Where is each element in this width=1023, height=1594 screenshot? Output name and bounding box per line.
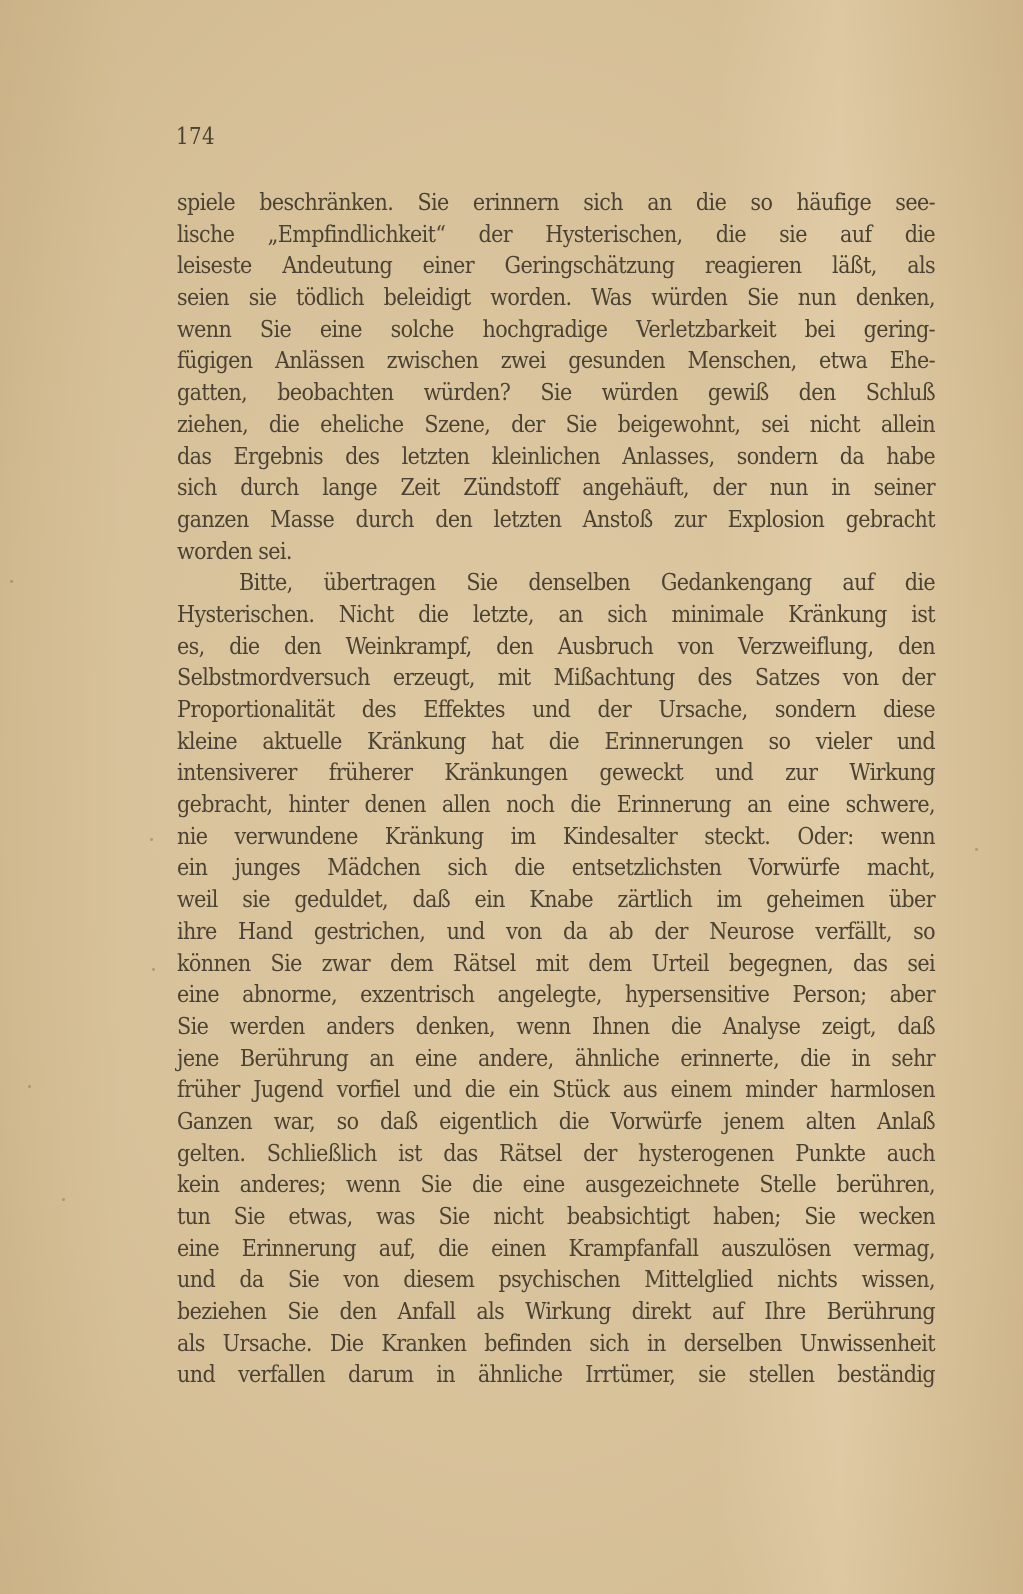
text-line: ihre Hand gestrichen, und von da ab der … — [177, 917, 935, 949]
paper-speck — [62, 1198, 65, 1201]
text-line: tun Sie etwas, was Sie nicht beabsichtig… — [177, 1202, 935, 1234]
text-line: kleine aktuelle Kränkung hat die Erinner… — [177, 727, 935, 759]
text-line: ein junges Mädchen sich die entsetzlichs… — [177, 853, 935, 885]
text-line: Hysterischen. Nicht die letzte, an sich … — [177, 600, 935, 632]
text-line: eine abnorme, exzentrisch angelegte, hyp… — [177, 980, 935, 1012]
text-line: weil sie geduldet, daß ein Knabe zärtlic… — [177, 885, 935, 917]
text-line: das Ergebnis des letzten kleinlichen Anl… — [177, 442, 935, 474]
text-line: als Ursache. Die Kranken befinden sich i… — [177, 1329, 935, 1361]
text-line: können Sie zwar dem Rätsel mit dem Urtei… — [177, 949, 935, 981]
text-line: kein anderes; wenn Sie die eine ausgezei… — [177, 1170, 935, 1202]
text-line: gelten. Schließlich ist das Rätsel der h… — [177, 1139, 935, 1171]
paper-speck — [28, 1085, 31, 1088]
text-line: sich durch lange Zeit Zündstoff angehäuf… — [177, 473, 935, 505]
paper-speck — [150, 838, 153, 841]
text-line: seien sie tödlich beleidigt worden. Was … — [177, 283, 935, 315]
book-page: 174 spiele beschränken. Sie erinnern sic… — [0, 0, 1023, 1594]
text-line: jene Berührung an eine andere, ähnliche … — [177, 1044, 935, 1076]
paragraph-end-line: worden sei. — [177, 537, 935, 569]
text-line: beziehen Sie den Anfall als Wirkung dire… — [177, 1297, 935, 1329]
text-line: wenn Sie eine solche hochgradige Verletz… — [177, 315, 935, 347]
text-line: Proportionalität des Effektes und der Ur… — [177, 695, 935, 727]
text-line: lische „Empfindlichkeit“ der Hysterische… — [177, 220, 935, 252]
paper-speck — [975, 848, 978, 851]
text-line: Sie werden anders denken, wenn Ihnen die… — [177, 1012, 935, 1044]
text-line: gebracht, hinter denen allen noch die Er… — [177, 790, 935, 822]
text-line: früher Jugend vorfiel und die ein Stück … — [177, 1075, 935, 1107]
page-number: 174 — [176, 124, 215, 150]
text-line: leiseste Andeutung einer Geringschätzung… — [177, 251, 935, 283]
paper-speck — [10, 580, 13, 583]
text-line: und verfallen darum in ähnliche Irrtümer… — [177, 1360, 935, 1392]
text-line: gatten, beobachten würden? Sie würden ge… — [177, 378, 935, 410]
text-line: intensiverer früherer Kränkungen geweckt… — [177, 758, 935, 790]
text-line: es, die den Weinkrampf, den Ausbruch von… — [177, 632, 935, 664]
body-text: spiele beschränken. Sie erinnern sich an… — [177, 188, 935, 1392]
text-line: eine Erinnerung auf, die einen Krampfanf… — [177, 1234, 935, 1266]
text-line: nie verwundene Kränkung im Kindesalter s… — [177, 822, 935, 854]
text-line: Ganzen war, so daß eigentlich die Vorwür… — [177, 1107, 935, 1139]
text-line: ziehen, die eheliche Szene, der Sie beig… — [177, 410, 935, 442]
paragraph-start-line: Bitte, übertragen Sie denselben Gedanken… — [177, 568, 935, 600]
text-line: und da Sie von diesem psychischen Mittel… — [177, 1265, 935, 1297]
text-line: Selbstmordversuch erzeugt, mit Mißachtun… — [177, 663, 935, 695]
text-line: fügigen Anlässen zwischen zwei gesunden … — [177, 346, 935, 378]
text-line: ganzen Masse durch den letzten Anstoß zu… — [177, 505, 935, 537]
paper-speck — [152, 968, 155, 971]
text-line: spiele beschränken. Sie erinnern sich an… — [177, 188, 935, 220]
